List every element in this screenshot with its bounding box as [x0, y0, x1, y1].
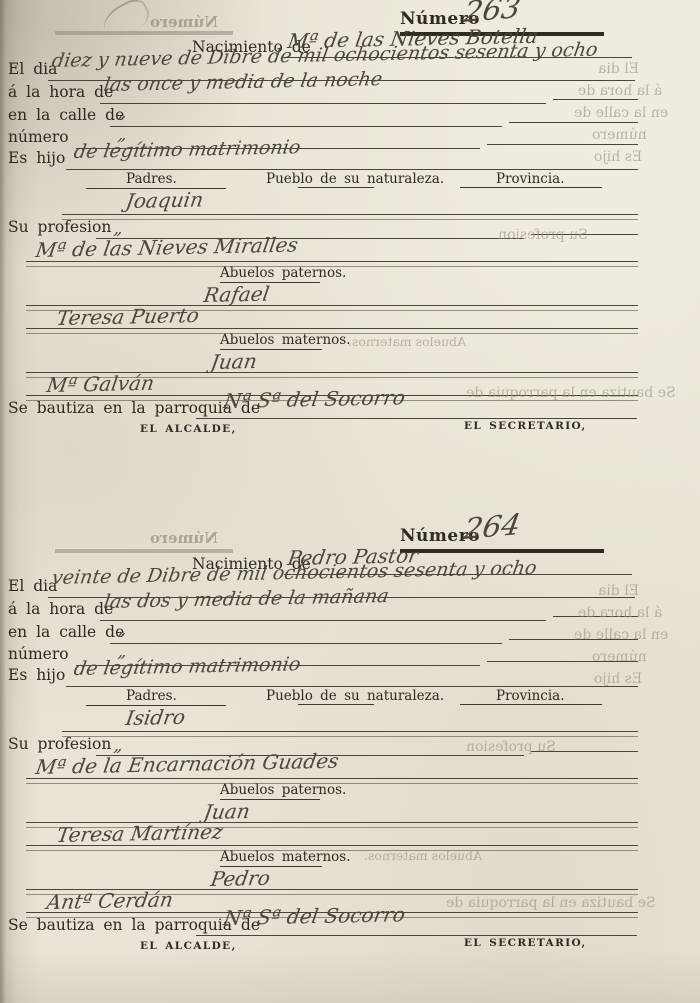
alcalde-label: EL ALCALDE,: [140, 941, 237, 952]
column-header-provincia: Provincia.: [496, 690, 565, 704]
abuelos-maternos-header: Abuelos maternos.: [220, 334, 351, 348]
bleed-el-dia-label: El dia: [598, 584, 639, 598]
numero-value: 263: [462, 0, 523, 27]
ruled-line: [66, 169, 638, 170]
header-underline: [460, 187, 602, 188]
column-header-padres: Padres.: [126, 173, 177, 187]
alcalde-label: EL ALCALDE,: [140, 424, 237, 435]
hora-label: á la hora de: [8, 85, 113, 101]
profesion-label: Su profesion: [8, 737, 111, 753]
ruled-line: [66, 686, 638, 687]
abuelos-paternos-header: Abuelos paternos.: [220, 267, 346, 281]
header-underline: [460, 704, 602, 705]
bleed-calle-label: en la calle de: [574, 106, 668, 120]
es-hijo-value: de legítimo matrimonio: [73, 138, 302, 162]
el-dia-value: veinte de Dibre de mil ochocientos sesen…: [51, 559, 538, 588]
ruled-line: [62, 214, 638, 220]
abuelos-maternos-header: Abuelos maternos.: [220, 851, 351, 865]
numero-casa-label: número: [8, 647, 69, 663]
father-name: Isidro: [124, 707, 186, 728]
ruled-line: [110, 643, 502, 644]
calle-label: en la calle de: [8, 625, 124, 641]
ruled-line: [553, 99, 638, 100]
numero-value: 264: [462, 510, 523, 544]
bleed-hora-label: á la hora de: [578, 84, 662, 98]
ruled-line: [100, 103, 546, 104]
paternal-grandmother-name: Teresa Martínez: [55, 822, 224, 845]
bleed-el-dia-label: El dia: [598, 62, 639, 76]
es-hijo-value: de legítimo matrimonio: [73, 655, 302, 679]
header-underline: [298, 704, 374, 705]
mother-name: Mª de la Encarnación Guades: [34, 751, 340, 777]
bleed-numero-label: Número: [150, 531, 218, 546]
maternal-grandfather-name: Juan: [209, 351, 258, 372]
el-dia-value: diez y nueve de Dibre de mil ochocientos…: [51, 41, 599, 71]
bleed-se-bautiza-label: Se bautiza en la parroquia de: [466, 386, 676, 400]
es-hijo-label: Es hijo: [8, 151, 65, 167]
calle-label: en la calle de: [8, 108, 124, 124]
ruled-line: [487, 144, 638, 145]
maternal-grandmother-name: Antª Cerdán: [45, 889, 174, 912]
bleed-calle-label: en la calle de: [574, 628, 668, 642]
ruled-line: [196, 935, 637, 936]
numero-casa-label: número: [8, 130, 69, 146]
ruled-line: [62, 731, 638, 737]
bleed-numero-casa-label: número: [592, 128, 647, 142]
bleed-numero-casa-label: número: [592, 650, 647, 664]
paternal-grandfather-name: Rafael: [202, 284, 270, 305]
bleed-numero-underline: [55, 31, 233, 35]
secretario-label: EL SECRETARIO,: [464, 421, 587, 432]
ruled-line: [509, 122, 638, 123]
bleed-abuelos-maternos-label: Abuelos maternos.: [348, 336, 466, 349]
register-page: Número 263 Nacimiento de Mª de las Nieve…: [0, 0, 700, 1003]
bleed-se-bautiza-label: Se bautiza en la parroquia de: [446, 896, 656, 910]
ruled-line: [196, 418, 637, 419]
secretario-label: EL SECRETARIO,: [464, 938, 587, 949]
ruled-line: [110, 126, 502, 127]
es-hijo-label: Es hijo: [8, 668, 65, 684]
maternal-grandmother-name: Mª Galván: [45, 373, 155, 395]
birth-record-264: Número 264 Nacimiento de Pedro Pastor El…: [0, 522, 700, 982]
baptism-parish-value: Nª Sª del Socorro: [222, 387, 406, 411]
bleed-numero-label: Número: [150, 15, 218, 30]
numero-underline: [400, 549, 604, 553]
bleed-es-hijo-label: Es hijo: [594, 672, 642, 686]
baptism-parish-value: Nª Sª del Socorro: [222, 904, 406, 928]
abuelos-paternos-header: Abuelos paternos.: [220, 784, 346, 798]
header-underline: [298, 187, 374, 188]
bleed-su-profesion-label: Su profesion: [466, 740, 556, 754]
paternal-grandmother-name: Teresa Puerto: [55, 305, 200, 328]
column-header-provincia: Provincia.: [496, 173, 565, 187]
column-header-pueblo: Pueblo de su naturaleza.: [266, 690, 444, 704]
bleed-hora-label: á la hora de: [578, 606, 662, 620]
bleed-su-profesion-label: Su profesion: [498, 228, 588, 242]
calle-ditto-mark: „: [117, 105, 128, 122]
calle-ditto-mark: „: [117, 622, 128, 639]
hora-value: las once y media de la noche: [103, 70, 384, 95]
bleed-es-hijo-label: Es hijo: [594, 150, 642, 164]
ruled-line: [100, 620, 546, 621]
father-name: Joaquin: [124, 189, 204, 211]
hora-value: las dos y media de la mañana: [103, 587, 391, 612]
mother-name: Mª de las Nieves Miralles: [34, 235, 299, 260]
hora-label: á la hora de: [8, 602, 113, 618]
column-header-pueblo: Pueblo de su naturaleza.: [266, 173, 444, 187]
bleed-numero-underline: [55, 549, 233, 553]
bleed-abuelos-maternos-label: Abuelos maternos.: [364, 850, 482, 863]
profesion-label: Su profesion: [8, 220, 111, 236]
maternal-grandfather-name: Pedro: [209, 868, 271, 889]
column-header-padres: Padres.: [126, 690, 177, 704]
